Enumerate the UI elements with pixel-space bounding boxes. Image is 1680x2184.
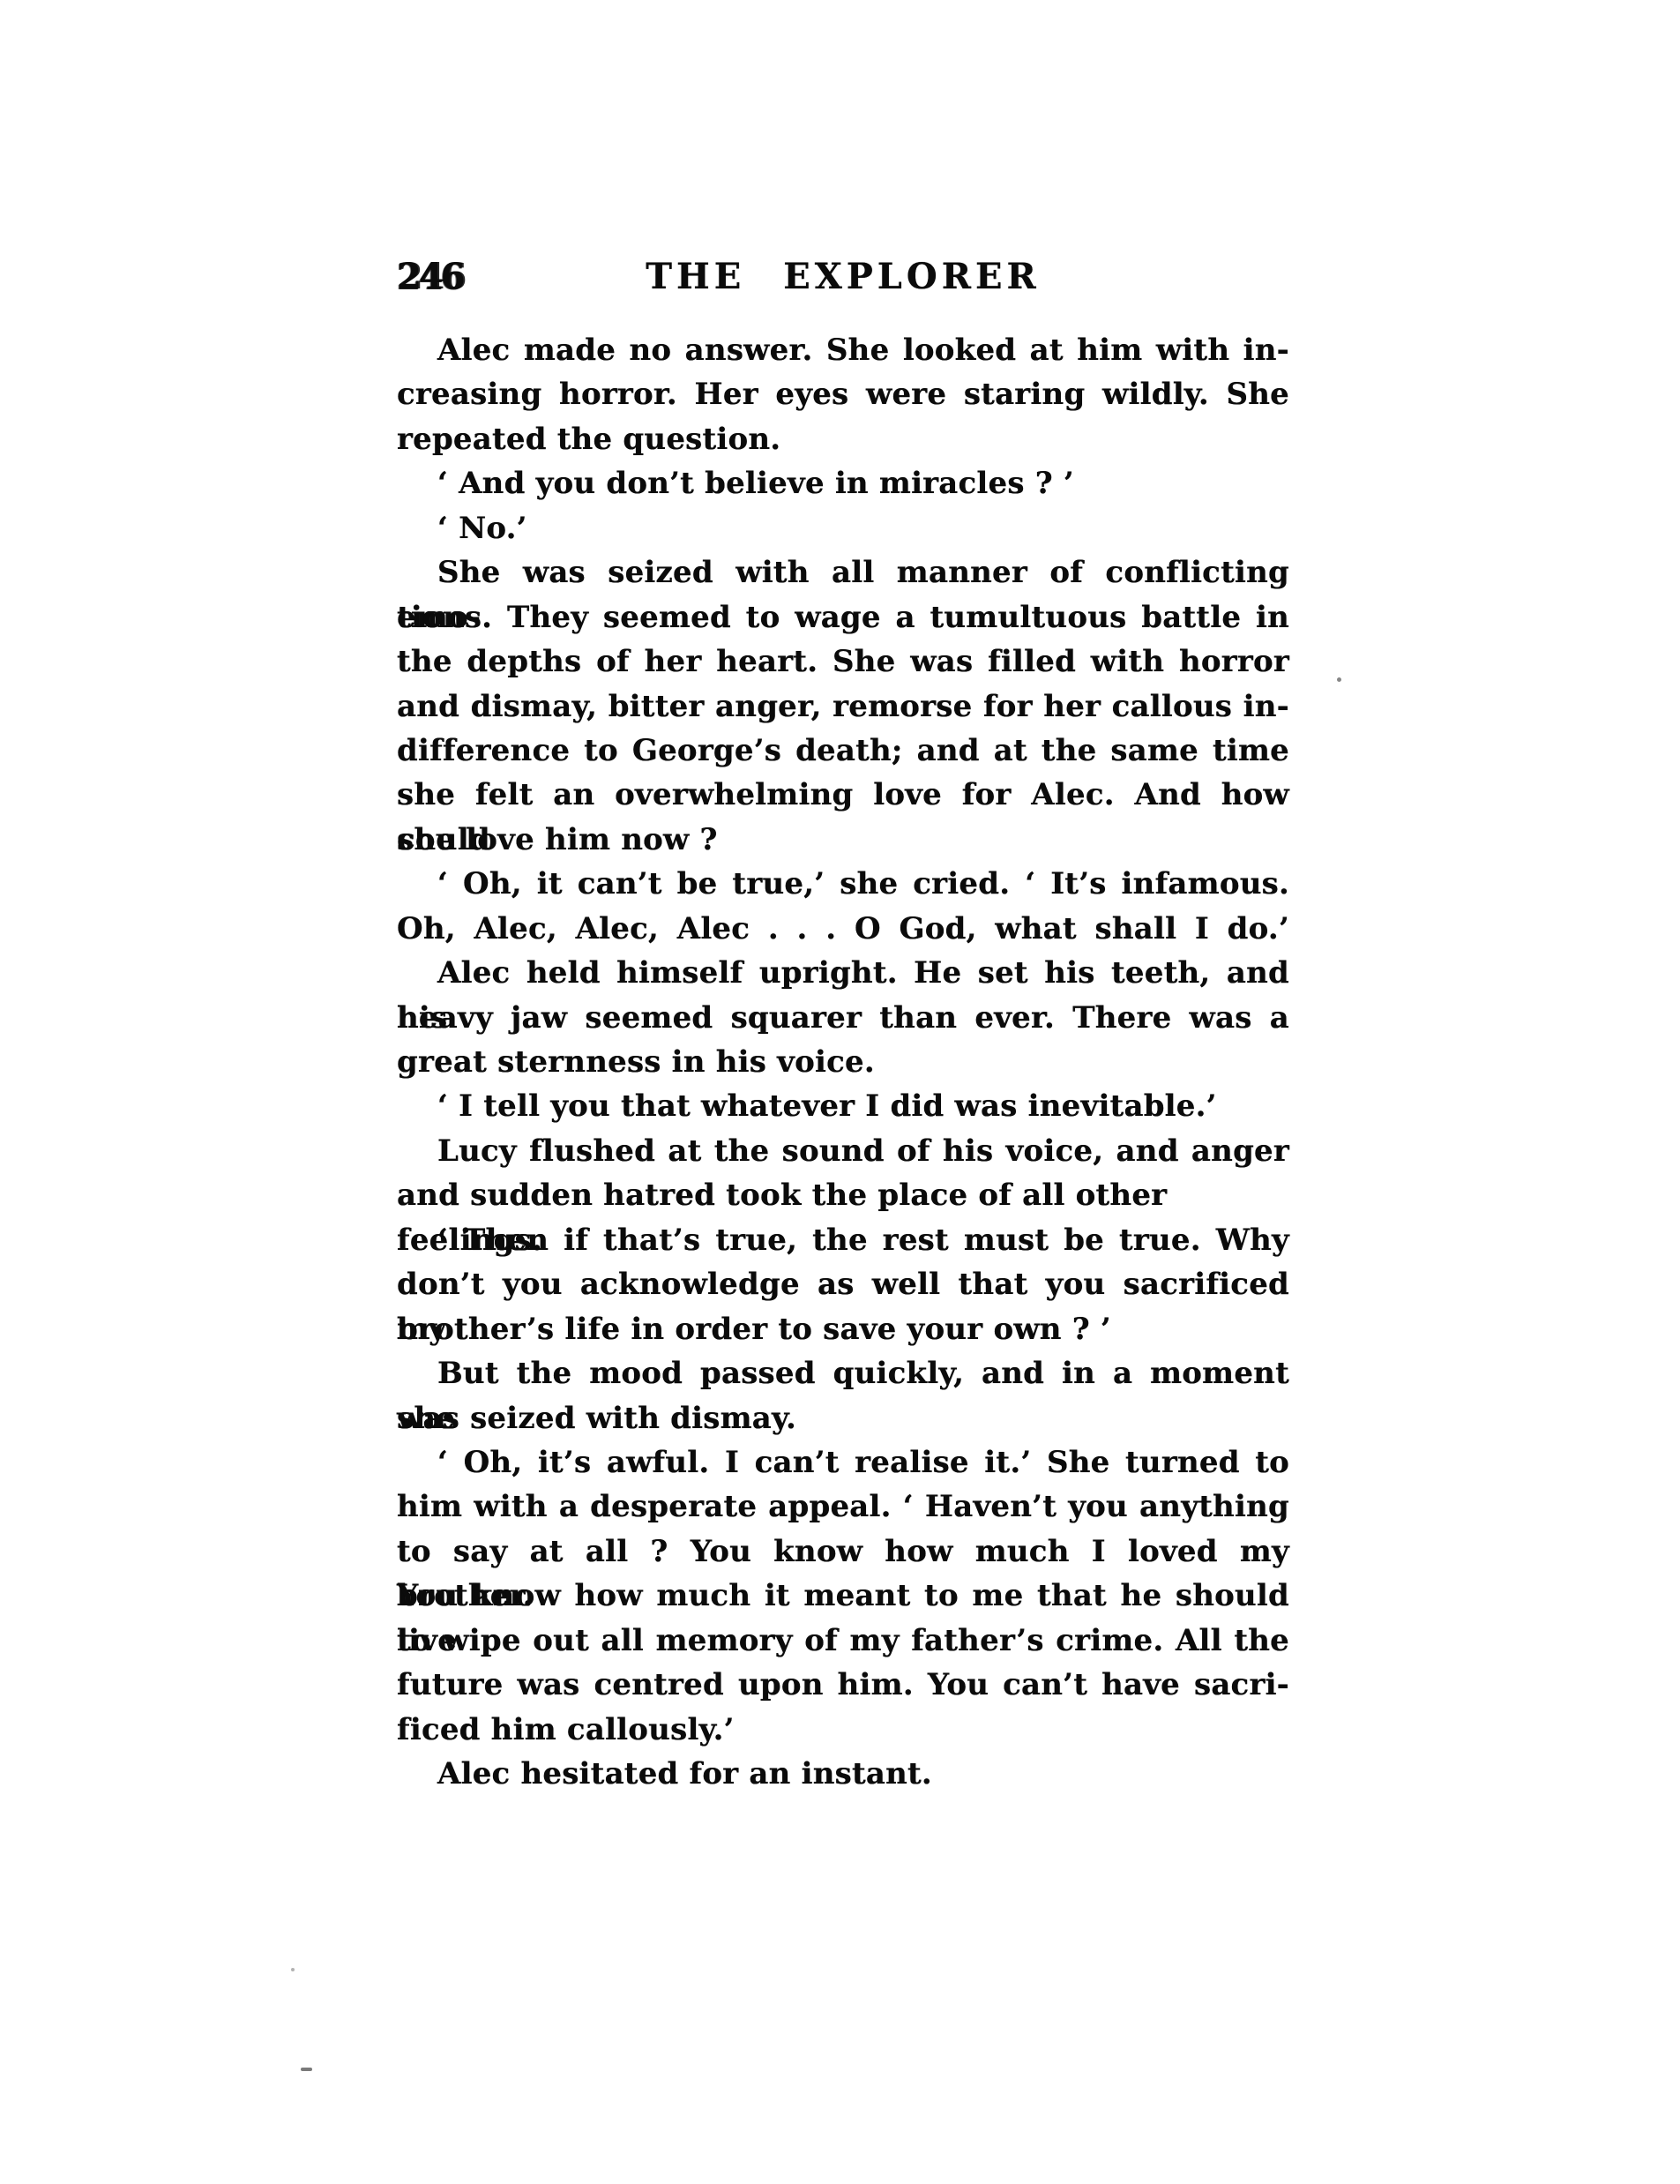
text-line: to wipe out all memory of my father’s cr…: [397, 1619, 1289, 1663]
text-line: Alec hesitated for an instant.: [397, 1752, 1289, 1796]
running-head: 246 THE EXPLORER: [397, 254, 1289, 300]
text-line: don’t you acknowledge as well that you s…: [397, 1262, 1289, 1306]
text-line: ‘ Oh, it’s awful. I can’t realise it.’ S…: [397, 1440, 1289, 1485]
text-line: future was centred upon him. You can’t h…: [397, 1663, 1289, 1707]
text-line: You know how much it meant to me that he…: [397, 1574, 1289, 1618]
text-line: was seized with dismay.: [397, 1396, 1289, 1440]
text-line: ficed him callously.’: [397, 1708, 1289, 1752]
text-line: ‘ Oh, it can’t be true,’ she cried. ‘ It…: [397, 862, 1289, 906]
text-line: she love him now ?: [397, 818, 1289, 862]
text-line: ‘ No.’: [397, 506, 1289, 550]
text-line: difference to George’s death; and at the…: [397, 729, 1289, 773]
text-line: But the mood passed quickly, and in a mo…: [397, 1351, 1289, 1395]
text-line: and dismay, bitter anger, remorse for he…: [397, 684, 1289, 729]
text-line: tions. They seemed to wage a tumultuous …: [397, 595, 1289, 639]
text-line: Alec held himself upright. He set his te…: [397, 951, 1289, 995]
book-page: 246 THE EXPLORER Alec made no answer. Sh…: [0, 0, 1680, 2184]
text-line: and sudden hatred took the place of all …: [397, 1173, 1289, 1217]
text-line: creasing horror. Her eyes were staring w…: [397, 372, 1289, 416]
text-line: Oh, Alec, Alec, Alec . . . O God, what s…: [397, 907, 1289, 951]
text-line: the depths of her heart. She was filled …: [397, 639, 1289, 684]
scan-speck: [1337, 677, 1341, 682]
text-line: him with a desperate appeal. ‘ Haven’t y…: [397, 1485, 1289, 1529]
scan-speck: [301, 2068, 312, 2071]
text-line: she felt an overwhelming love for Alec. …: [397, 773, 1289, 817]
text-line: ‘ I tell you that whatever I did was ine…: [397, 1084, 1289, 1128]
text-line: ‘ And you don’t believe in miracles ? ’: [397, 461, 1289, 505]
book-title: THE EXPLORER: [397, 254, 1289, 300]
text-line: heavy jaw seemed squarer than ever. Ther…: [397, 996, 1289, 1040]
text-line: great sternness in his voice.: [397, 1040, 1289, 1084]
text-line: brother’s life in order to save your own…: [397, 1307, 1289, 1351]
page-text: Alec made no answer. She looked at him w…: [397, 328, 1289, 1796]
text-line: Lucy flushed at the sound of his voice, …: [397, 1129, 1289, 1173]
text-line: to say at all ? You know how much I love…: [397, 1530, 1289, 1574]
text-line: ‘ Then if that’s true, the rest must be …: [397, 1218, 1289, 1262]
text-line: She was seized with all manner of confli…: [397, 550, 1289, 595]
scan-speck: [291, 1968, 295, 1971]
text-line: repeated the question.: [397, 417, 1289, 461]
text-line: Alec made no answer. She looked at him w…: [397, 328, 1289, 372]
